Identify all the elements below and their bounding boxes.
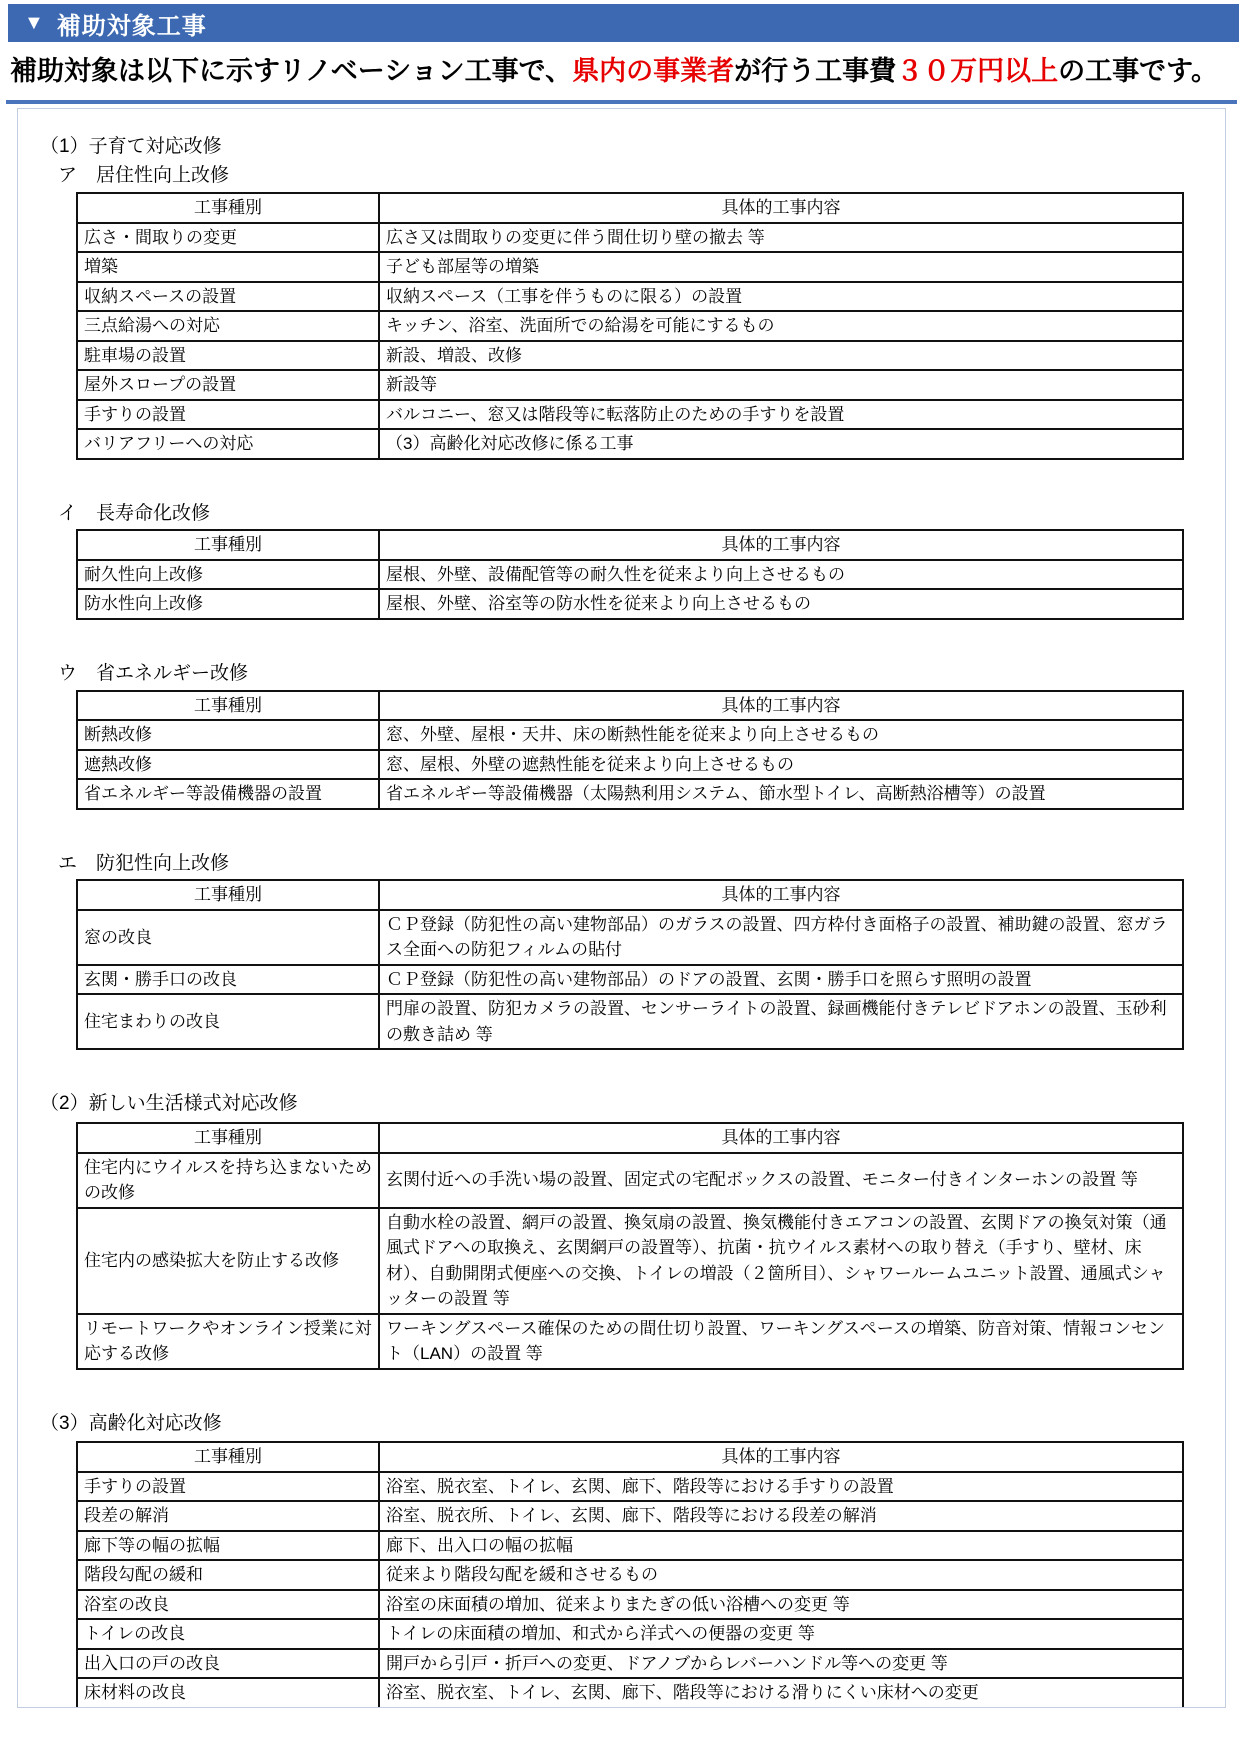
- table-row: 防水性向上改修屋根、外壁、浴室等の防水性を従来より向上させるもの: [77, 589, 1183, 619]
- work-table-head: 工事種別具体的工事内容: [77, 880, 1183, 910]
- work-table-header-type: 工事種別: [77, 880, 379, 910]
- table-row: 住宅まわりの改良門扉の設置、防犯カメラの設置、センサーライトの設置、録画機能付き…: [77, 994, 1183, 1049]
- work-table-header-detail: 具体的工事内容: [379, 880, 1183, 910]
- subsection-label: ア 居住性向上改修: [58, 164, 1209, 188]
- table-row: 床材料の改良浴室、脱衣室、トイレ、玄関、廊下、階段等における滑りにくい床材への変…: [77, 1678, 1183, 1707]
- work-table-header-type: 工事種別: [77, 691, 379, 721]
- work-detail-cell: 自動水栓の設置、網戸の設置、換気扇の設置、換気機能付きエアコンの設置、玄関ドアの…: [379, 1208, 1183, 1314]
- work-table-header-row: 工事種別具体的工事内容: [77, 1442, 1183, 1472]
- triangle-down-icon: ▼: [24, 12, 45, 35]
- table-row: 駐車場の設置新設、増設、改修: [77, 341, 1183, 371]
- work-detail-cell: 新設等: [379, 370, 1183, 400]
- work-type-cell: 屋外スロープの設置: [77, 370, 379, 400]
- work-detail-cell: 門扉の設置、防犯カメラの設置、センサーライトの設置、録画機能付きテレビドアホンの…: [379, 994, 1183, 1049]
- work-detail-cell: 屋根、外壁、浴室等の防水性を従来より向上させるもの: [379, 589, 1183, 619]
- section-title: （1）子育て対応改修: [40, 135, 1209, 159]
- work-type-cell: 住宅内にウイルスを持ち込まないための改修: [77, 1153, 379, 1208]
- table-row: 収納スペースの設置収納スペース（工事を伴うものに限る）の設置: [77, 282, 1183, 312]
- work-type-cell: 三点給湯への対応: [77, 311, 379, 341]
- subsection-label: ウ 省エネルギー改修: [58, 662, 1209, 686]
- table-row: リモートワークやオンライン授業に対応する改修ワーキングスペース確保のための間仕切…: [77, 1314, 1183, 1369]
- work-type-cell: 収納スペースの設置: [77, 282, 379, 312]
- work-detail-cell: 広さ又は間取りの変更に伴う間仕切り壁の撤去 等: [379, 223, 1183, 253]
- work-table: 工事種別具体的工事内容手すりの設置浴室、脱衣室、トイレ、玄関、廊下、階段等におけ…: [76, 1441, 1184, 1707]
- work-detail-cell: 屋根、外壁、設備配管等の耐久性を従来より向上させるもの: [379, 560, 1183, 590]
- work-detail-cell: 玄関付近への手洗い場の設置、固定式の宅配ボックスの設置、モニター付きインターホン…: [379, 1153, 1183, 1208]
- work-type-cell: 増築: [77, 252, 379, 282]
- table-row: 廊下等の幅の拡幅廊下、出入口の幅の拡幅: [77, 1531, 1183, 1561]
- banner-title: 補助対象工事: [57, 6, 207, 41]
- work-table-body: 断熱改修窓、外壁、屋根・天井、床の断熱性能を従来より向上させるもの遮熱改修窓、屋…: [77, 720, 1183, 809]
- work-type-cell: 住宅内の感染拡大を防止する改修: [77, 1208, 379, 1314]
- work-table-header-type: 工事種別: [77, 193, 379, 223]
- work-type-cell: 広さ・間取りの変更: [77, 223, 379, 253]
- table-row: 省エネルギー等設備機器の設置省エネルギー等設備機器（太陽熱利用システム、節水型ト…: [77, 779, 1183, 809]
- work-table-header-detail: 具体的工事内容: [379, 530, 1183, 560]
- table-row: 遮熱改修窓、屋根、外壁の遮熱性能を従来より向上させるもの: [77, 750, 1183, 780]
- work-table-body: 広さ・間取りの変更広さ又は間取りの変更に伴う間仕切り壁の撤去 等増築子ども部屋等…: [77, 223, 1183, 459]
- work-table-head: 工事種別具体的工事内容: [77, 193, 1183, 223]
- work-table: 工事種別具体的工事内容耐久性向上改修屋根、外壁、設備配管等の耐久性を従来より向上…: [76, 529, 1184, 620]
- work-detail-cell: 子ども部屋等の増築: [379, 252, 1183, 282]
- table-row: トイレの改良トイレの床面積の増加、和式から洋式への便器の変更 等: [77, 1619, 1183, 1649]
- work-type-cell: 階段勾配の緩和: [77, 1560, 379, 1590]
- section-title: （3）高齢化対応改修: [40, 1412, 1209, 1436]
- table-row: 広さ・間取りの変更広さ又は間取りの変更に伴う間仕切り壁の撤去 等: [77, 223, 1183, 253]
- table-row: 玄関・勝手口の改良ＣＰ登録（防犯性の高い建物部品）のドアの設置、玄関・勝手口を照…: [77, 965, 1183, 995]
- work-table-header-row: 工事種別具体的工事内容: [77, 1123, 1183, 1153]
- work-detail-cell: キッチン、浴室、洗面所での給湯を可能にするもの: [379, 311, 1183, 341]
- work-table-body: 窓の改良ＣＰ登録（防犯性の高い建物部品）のガラスの設置、四方枠付き面格子の設置、…: [77, 910, 1183, 1050]
- work-detail-cell: （3）高齢化対応改修に係る工事: [379, 429, 1183, 459]
- table-row: 出入口の戸の改良開戸から引戸・折戸への変更、ドアノブからレバーハンドル等への変更…: [77, 1649, 1183, 1679]
- work-table: 工事種別具体的工事内容窓の改良ＣＰ登録（防犯性の高い建物部品）のガラスの設置、四…: [76, 879, 1184, 1050]
- work-type-cell: バリアフリーへの対応: [77, 429, 379, 459]
- work-detail-cell: 浴室、脱衣室、トイレ、玄関、廊下、階段等における滑りにくい床材への変更: [379, 1678, 1183, 1707]
- work-detail-cell: 省エネルギー等設備機器（太陽熱利用システム、節水型トイレ、高断熱浴槽等）の設置: [379, 779, 1183, 809]
- section-banner: ▼ 補助対象工事: [8, 4, 1239, 42]
- table-row: 手すりの設置浴室、脱衣室、トイレ、玄関、廊下、階段等における手すりの設置: [77, 1472, 1183, 1502]
- table-row: バリアフリーへの対応（3）高齢化対応改修に係る工事: [77, 429, 1183, 459]
- work-table-header-type: 工事種別: [77, 1123, 379, 1153]
- intro-text-segment: ３０万円以上: [896, 56, 1058, 86]
- work-detail-cell: 廊下、出入口の幅の拡幅: [379, 1531, 1183, 1561]
- table-row: 段差の解消浴室、脱衣所、トイレ、玄関、廊下、階段等における段差の解消: [77, 1501, 1183, 1531]
- table-row: 住宅内にウイルスを持ち込まないための改修玄関付近への手洗い場の設置、固定式の宅配…: [77, 1153, 1183, 1208]
- work-detail-cell: 浴室の床面積の増加、従来よりまたぎの低い浴槽への変更 等: [379, 1590, 1183, 1620]
- work-type-cell: 玄関・勝手口の改良: [77, 965, 379, 995]
- section: （2）新しい生活様式対応改修工事種別具体的工事内容住宅内にウイルスを持ち込まない…: [28, 1092, 1209, 1369]
- work-detail-cell: ＣＰ登録（防犯性の高い建物部品）のガラスの設置、四方枠付き面格子の設置、補助鍵の…: [379, 910, 1183, 965]
- work-detail-cell: 収納スペース（工事を伴うものに限る）の設置: [379, 282, 1183, 312]
- work-table-header-detail: 具体的工事内容: [379, 1123, 1183, 1153]
- table-row: 三点給湯への対応キッチン、浴室、洗面所での給湯を可能にするもの: [77, 311, 1183, 341]
- work-table-head: 工事種別具体的工事内容: [77, 530, 1183, 560]
- intro-text-segment: 補助対象は以下に示すリノベーション工事で、: [10, 56, 572, 86]
- intro-text-segment: 県内の事業者: [572, 56, 734, 86]
- work-table-header-detail: 具体的工事内容: [379, 691, 1183, 721]
- work-detail-cell: 窓、外壁、屋根・天井、床の断熱性能を従来より向上させるもの: [379, 720, 1183, 750]
- work-type-cell: 住宅まわりの改良: [77, 994, 379, 1049]
- work-detail-cell: 浴室、脱衣室、トイレ、玄関、廊下、階段等における手すりの設置: [379, 1472, 1183, 1502]
- work-detail-cell: 新設、増設、改修: [379, 341, 1183, 371]
- work-type-cell: リモートワークやオンライン授業に対応する改修: [77, 1314, 379, 1369]
- work-table-header-row: 工事種別具体的工事内容: [77, 193, 1183, 223]
- work-table-header-detail: 具体的工事内容: [379, 1442, 1183, 1472]
- work-type-cell: 窓の改良: [77, 910, 379, 965]
- work-detail-cell: 開戸から引戸・折戸への変更、ドアノブからレバーハンドル等への変更 等: [379, 1649, 1183, 1679]
- work-table-header-type: 工事種別: [77, 530, 379, 560]
- work-detail-cell: 浴室、脱衣所、トイレ、玄関、廊下、階段等における段差の解消: [379, 1501, 1183, 1531]
- table-row: 増築子ども部屋等の増築: [77, 252, 1183, 282]
- work-type-cell: 遮熱改修: [77, 750, 379, 780]
- work-table-body: 耐久性向上改修屋根、外壁、設備配管等の耐久性を従来より向上させるもの防水性向上改…: [77, 560, 1183, 619]
- section-title: （2）新しい生活様式対応改修: [40, 1092, 1209, 1116]
- work-table-header-detail: 具体的工事内容: [379, 193, 1183, 223]
- table-row: 手すりの設置バルコニー、窓又は階段等に転落防止のための手すりを設置: [77, 400, 1183, 430]
- work-detail-cell: 従来より階段勾配を緩和させるもの: [379, 1560, 1183, 1590]
- work-type-cell: 防水性向上改修: [77, 589, 379, 619]
- table-row: 階段勾配の緩和従来より階段勾配を緩和させるもの: [77, 1560, 1183, 1590]
- intro-paragraph: 補助対象は以下に示すリノベーション工事で、県内の事業者が行う工事費３０万円以上の…: [10, 54, 1229, 90]
- work-table: 工事種別具体的工事内容断熱改修窓、外壁、屋根・天井、床の断熱性能を従来より向上さ…: [76, 690, 1184, 810]
- work-table-header-type: 工事種別: [77, 1442, 379, 1472]
- section: （3）高齢化対応改修工事種別具体的工事内容手すりの設置浴室、脱衣室、トイレ、玄関…: [28, 1412, 1209, 1708]
- work-detail-cell: トイレの床面積の増加、和式から洋式への便器の変更 等: [379, 1619, 1183, 1649]
- work-detail-cell: ＣＰ登録（防犯性の高い建物部品）のドアの設置、玄関・勝手口を照らす照明の設置: [379, 965, 1183, 995]
- content-box: （1）子育て対応改修ア 居住性向上改修工事種別具体的工事内容広さ・間取りの変更広…: [17, 108, 1226, 1708]
- table-row: 屋外スロープの設置新設等: [77, 370, 1183, 400]
- subsection-label: エ 防犯性向上改修: [58, 852, 1209, 876]
- table-row: 住宅内の感染拡大を防止する改修自動水栓の設置、網戸の設置、換気扇の設置、換気機能…: [77, 1208, 1183, 1314]
- work-table-header-row: 工事種別具体的工事内容: [77, 530, 1183, 560]
- work-type-cell: 省エネルギー等設備機器の設置: [77, 779, 379, 809]
- table-row: 耐久性向上改修屋根、外壁、設備配管等の耐久性を従来より向上させるもの: [77, 560, 1183, 590]
- table-row: 窓の改良ＣＰ登録（防犯性の高い建物部品）のガラスの設置、四方枠付き面格子の設置、…: [77, 910, 1183, 965]
- work-type-cell: 出入口の戸の改良: [77, 1649, 379, 1679]
- section: （1）子育て対応改修ア 居住性向上改修工事種別具体的工事内容広さ・間取りの変更広…: [28, 135, 1209, 1051]
- work-table-head: 工事種別具体的工事内容: [77, 691, 1183, 721]
- table-row: 浴室の改良浴室の床面積の増加、従来よりまたぎの低い浴槽への変更 等: [77, 1590, 1183, 1620]
- work-detail-cell: バルコニー、窓又は階段等に転落防止のための手すりを設置: [379, 400, 1183, 430]
- work-table: 工事種別具体的工事内容住宅内にウイルスを持ち込まないための改修玄関付近への手洗い…: [76, 1122, 1184, 1370]
- work-type-cell: 断熱改修: [77, 720, 379, 750]
- intro-text-segment: の工事です。: [1058, 56, 1218, 86]
- work-table-header-row: 工事種別具体的工事内容: [77, 691, 1183, 721]
- work-type-cell: 耐久性向上改修: [77, 560, 379, 590]
- work-type-cell: 廊下等の幅の拡幅: [77, 1531, 379, 1561]
- work-detail-cell: 窓、屋根、外壁の遮熱性能を従来より向上させるもの: [379, 750, 1183, 780]
- work-table-head: 工事種別具体的工事内容: [77, 1442, 1183, 1472]
- work-type-cell: 手すりの設置: [77, 1472, 379, 1502]
- work-table: 工事種別具体的工事内容広さ・間取りの変更広さ又は間取りの変更に伴う間仕切り壁の撤…: [76, 192, 1184, 460]
- work-table-head: 工事種別具体的工事内容: [77, 1123, 1183, 1153]
- subsection-label: イ 長寿命化改修: [58, 502, 1209, 526]
- work-type-cell: 駐車場の設置: [77, 341, 379, 371]
- work-type-cell: 浴室の改良: [77, 1590, 379, 1620]
- work-table-body: 手すりの設置浴室、脱衣室、トイレ、玄関、廊下、階段等における手すりの設置段差の解…: [77, 1472, 1183, 1708]
- intro-text-segment: が行う工事費: [734, 56, 896, 86]
- table-row: 断熱改修窓、外壁、屋根・天井、床の断熱性能を従来より向上させるもの: [77, 720, 1183, 750]
- work-detail-cell: ワーキングスペース確保のための間仕切り設置、ワーキングスペースの増築、防音対策、…: [379, 1314, 1183, 1369]
- work-type-cell: 手すりの設置: [77, 400, 379, 430]
- work-type-cell: トイレの改良: [77, 1619, 379, 1649]
- separator-line: [6, 100, 1237, 104]
- work-table-body: 住宅内にウイルスを持ち込まないための改修玄関付近への手洗い場の設置、固定式の宅配…: [77, 1153, 1183, 1369]
- work-table-header-row: 工事種別具体的工事内容: [77, 880, 1183, 910]
- work-type-cell: 床材料の改良: [77, 1678, 379, 1707]
- work-type-cell: 段差の解消: [77, 1501, 379, 1531]
